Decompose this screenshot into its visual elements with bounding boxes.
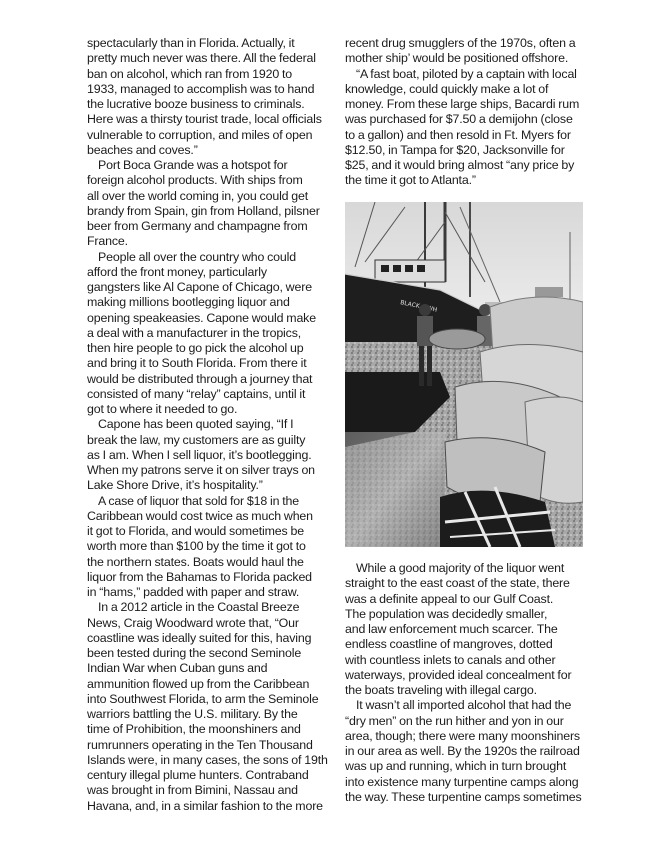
text-line: coastline was ideally suited for this, h… bbox=[87, 631, 333, 646]
text-line: In a 2012 article in the Coastal Breeze bbox=[87, 600, 333, 615]
text-line: pretty much never was there. All the fed… bbox=[87, 51, 333, 66]
text-line: ammunition flowed up from the Caribbean bbox=[87, 677, 333, 692]
text-line: rumrunners operating in the Ten Thousand bbox=[87, 738, 333, 753]
paragraph: Capone has been quoted saying, “If Ibrea… bbox=[87, 417, 333, 493]
photo-image: BLACK • WH bbox=[345, 202, 583, 547]
text-line: “dry men” on the run hither and yon in o… bbox=[345, 714, 591, 729]
paragraph: In a 2012 article in the Coastal BreezeN… bbox=[87, 600, 333, 814]
text-line: in our area as well. By the 1920s the ra… bbox=[345, 744, 591, 759]
text-line: was purchased for $7.50 a demijohn (clos… bbox=[345, 112, 591, 127]
text-line: the lucrative booze business to criminal… bbox=[87, 97, 333, 112]
text-line: was up and running, which in turn brough… bbox=[345, 759, 591, 774]
text-line: as I am. When I sell liquor, it’s bootle… bbox=[87, 448, 333, 463]
text-line: Port Boca Grande was a hotspot for bbox=[87, 158, 333, 173]
text-line: waterways, provided ideal concealment fo… bbox=[345, 668, 591, 683]
text-line: ban on alcohol, which ran from 1920 to bbox=[87, 67, 333, 82]
text-line: mother ship’ would be positioned offshor… bbox=[345, 51, 591, 66]
text-line: into Southwest Florida, to arm the Semin… bbox=[87, 692, 333, 707]
text-line: spectacularly than in Florida. Actually,… bbox=[87, 36, 333, 51]
paragraph: Port Boca Grande was a hotspot forforeig… bbox=[87, 158, 333, 250]
text-line: was a definite appeal to our Gulf Coast. bbox=[345, 592, 591, 607]
text-line: been tested during the second Seminole bbox=[87, 646, 333, 661]
text-line: afford the front money, particularly bbox=[87, 265, 333, 280]
text-line: liquor from the Bahamas to Florida packe… bbox=[87, 570, 333, 585]
text-line: and law enforcement much scarcer. The bbox=[345, 622, 591, 637]
text-line: Caribbean would cost twice as much when bbox=[87, 509, 333, 524]
text-line: in “hams,” padded with paper and straw. bbox=[87, 585, 333, 600]
text-line: it got to Florida, and would sometimes b… bbox=[87, 524, 333, 539]
text-line: People all over the country who could bbox=[87, 250, 333, 265]
text-line: the boats traveling with illegal cargo. bbox=[345, 683, 591, 698]
text-line: brandy from Spain, gin from Holland, pil… bbox=[87, 204, 333, 219]
text-line: to a gallon) and then resold in Ft. Myer… bbox=[345, 128, 591, 143]
text-line: making millions bootlegging liquor and bbox=[87, 295, 333, 310]
text-line: area, though; there were many moonshiner… bbox=[345, 729, 591, 744]
text-line: A case of liquor that sold for $18 in th… bbox=[87, 494, 333, 509]
text-line: Islands were, in many cases, the sons of… bbox=[87, 753, 333, 768]
text-line: News, Craig Woodward wrote that, “Our bbox=[87, 616, 333, 631]
right-text-column-top: recent drug smugglers of the 1970s, ofte… bbox=[345, 36, 591, 189]
text-line: beaches and coves.” bbox=[87, 143, 333, 158]
text-line: While a good majority of the liquor went bbox=[345, 561, 591, 576]
text-line: a deal with a manufacturer in the tropic… bbox=[87, 326, 333, 341]
text-line: got to where it needed to go. bbox=[87, 402, 333, 417]
text-line: century illegal plume hunters. Contraban… bbox=[87, 768, 333, 783]
text-line: the northern states. Boats would haul th… bbox=[87, 555, 333, 570]
text-line: gangsters like Al Capone of Chicago, wer… bbox=[87, 280, 333, 295]
text-line: into existence many turpentine camps alo… bbox=[345, 775, 591, 790]
paragraph: recent drug smugglers of the 1970s, ofte… bbox=[345, 36, 591, 67]
text-line: the time it got to Atlanta.” bbox=[345, 173, 591, 188]
paragraph: People all over the country who couldaff… bbox=[87, 250, 333, 418]
bootlegging-dock-photo: BLACK • WH bbox=[345, 202, 583, 547]
text-line: and bring it to South Florida. From ther… bbox=[87, 356, 333, 371]
text-line: with countless inlets to canals and othe… bbox=[345, 653, 591, 668]
text-line: Here was a thirsty tourist trade, local … bbox=[87, 112, 333, 127]
paragraph: spectacularly than in Florida. Actually,… bbox=[87, 36, 333, 158]
text-line: warriors battling the U.S. military. By … bbox=[87, 707, 333, 722]
paragraph: “A fast boat, piloted by a captain with … bbox=[345, 67, 591, 189]
text-line: $25, and it would bring almost “any pric… bbox=[345, 158, 591, 173]
text-line: It wasn’t all imported alcohol that had … bbox=[345, 698, 591, 713]
left-text-column: spectacularly than in Florida. Actually,… bbox=[87, 36, 333, 814]
text-line: then hire people to go pick the alcohol … bbox=[87, 341, 333, 356]
text-line: recent drug smugglers of the 1970s, ofte… bbox=[345, 36, 591, 51]
text-line: Capone has been quoted saying, “If I bbox=[87, 417, 333, 432]
text-line: the way. These turpentine camps sometime… bbox=[345, 790, 591, 805]
text-line: time of Prohibition, the moonshiners and bbox=[87, 722, 333, 737]
text-line: vulnerable to corruption, and miles of o… bbox=[87, 128, 333, 143]
text-line: was brought in from Bimini, Nassau and bbox=[87, 783, 333, 798]
text-line: Lake Shore Drive, it’s hospitality.” bbox=[87, 478, 333, 493]
text-line: break the law, my customers are as guilt… bbox=[87, 433, 333, 448]
text-line: $12.50, in Tampa for $20, Jacksonville f… bbox=[345, 143, 591, 158]
text-line: worth more than $100 by the time it got … bbox=[87, 539, 333, 554]
text-line: all over the world coming in, you could … bbox=[87, 189, 333, 204]
text-line: opening speakeasies. Capone would make bbox=[87, 311, 333, 326]
text-line: straight to the east coast of the state,… bbox=[345, 576, 591, 591]
text-line: When my patrons serve it on silver trays… bbox=[87, 463, 333, 478]
document-page: spectacularly than in Florida. Actually,… bbox=[0, 0, 651, 845]
text-line: France. bbox=[87, 234, 333, 249]
right-text-column-bottom: While a good majority of the liquor went… bbox=[345, 561, 591, 805]
text-line: beer from Germany and champagne from bbox=[87, 219, 333, 234]
text-line: “A fast boat, piloted by a captain with … bbox=[345, 67, 591, 82]
text-line: 1933, managed to accomplish was to hand bbox=[87, 82, 333, 97]
text-line: The population was decidedly smaller, bbox=[345, 607, 591, 622]
text-line: consisted of many “relay” captains, unti… bbox=[87, 387, 333, 402]
text-line: endless coastline of mangroves, dotted bbox=[345, 637, 591, 652]
paragraph: While a good majority of the liquor went… bbox=[345, 561, 591, 698]
paragraph: A case of liquor that sold for $18 in th… bbox=[87, 494, 333, 601]
text-line: Indian War when Cuban guns and bbox=[87, 661, 333, 676]
text-line: foreign alcohol products. With ships fro… bbox=[87, 173, 333, 188]
text-line: knowledge, could quickly make a lot of bbox=[345, 82, 591, 97]
text-line: Havana, and, in a similar fashion to the… bbox=[87, 799, 333, 814]
text-line: money. From these large ships, Bacardi r… bbox=[345, 97, 591, 112]
paragraph: It wasn’t all imported alcohol that had … bbox=[345, 698, 591, 805]
text-line: would be distributed through a journey t… bbox=[87, 372, 333, 387]
